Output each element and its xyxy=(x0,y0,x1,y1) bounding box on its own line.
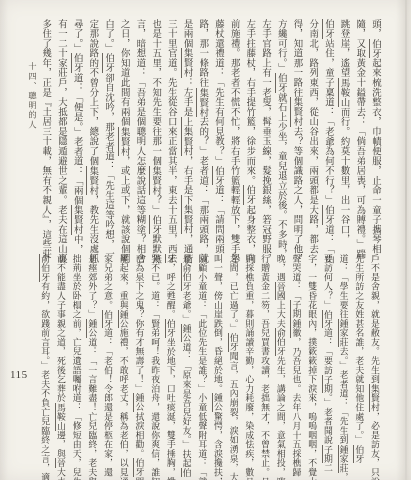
text-column: 則採樵負重，暮則誦讀辛勤，心力耗廢，染成怯疾，數月 xyxy=(241,254,257,472)
proper-noun-mark: 伯牙 xyxy=(212,166,223,186)
proper-noun-mark: 鍾家莊 xyxy=(338,319,349,347)
proper-noun-mark: 鍾公 xyxy=(118,310,129,329)
text-column: 俞伯牙有約，欲踐前言耳。」老夫不負亡兒臨終之言，適 xyxy=(37,254,53,472)
text-column: 三十里官道。先生從谷口來正當其半，東去十五里，西去 xyxy=(162,19,178,255)
proper-noun-mark: 集賢村 xyxy=(369,384,380,412)
proper-noun-mark: 集賢村 xyxy=(118,127,129,156)
text-column: 罷起來，重與鍾公施禮，不敢呼老丈，稱為老伯，以見通 xyxy=(115,254,131,472)
proper-noun-mark: 鍾公 xyxy=(212,393,223,412)
text-column: 隨，又取黃金十鎰帶去：「倘吾弟居喪，可為賻禮。」踹 xyxy=(351,19,367,255)
text-column: 言，暗想道：「吾弟是個聰明人怎麼說話這等糊塗？相會 xyxy=(131,19,147,255)
text-column: 道：「學生要往鍾家莊去。」老者道：「先生到鍾家莊， xyxy=(335,254,351,472)
proper-noun-mark: 鍾公 xyxy=(86,319,97,338)
text-column: 伯牙站住，童子稟道：「老爺為何不行？」伯牙道：「山 xyxy=(319,19,335,255)
proper-noun-mark: 集賢村 xyxy=(86,166,97,195)
text-column: 左手官路上有一老叟，髯垂玉線，髮挽銀絲，箬冠野服， xyxy=(256,19,272,255)
page-number: 115 xyxy=(10,369,28,381)
text-column: 哭不已。道：「賢弟呵！我昨夜泊舟，還說你爽信，誰知 xyxy=(146,254,162,472)
proper-noun-mark: 鍾家莊 xyxy=(338,445,349,473)
proper-noun-mark: 伯牙 xyxy=(243,185,254,205)
proper-noun-mark: 伯牙 xyxy=(369,39,380,59)
text-column: 是瘞郊外了？」鍾公道：「一言難盡！亡兒臨終，老夫與 xyxy=(84,254,100,472)
text-column: 定那說路的不曾分上下，總說了個集賢村，教先生沒處抓 xyxy=(84,19,100,255)
text-register-bottom: 戶不是舍親，就是敝友。先生到集賢村，必是訪友，只說先生所訪之友姓甚名誰，老夫就知… xyxy=(35,254,382,472)
proper-noun-mark: 晉國 xyxy=(275,282,286,301)
proper-noun-mark: 鍾徽 xyxy=(290,319,301,338)
text-column: 要訪何人？」伯牙道：「要訪子期。」老者聞說子期二 xyxy=(319,254,335,472)
page-edge-shadow xyxy=(405,0,407,480)
text-column: 晚，遇晉國上大夫俞伯牙先生，講論之間，意氣相投，臨 xyxy=(272,254,288,472)
text-column: 之日，你知道此間有兩個集賢村，或上或下，就該說個明 xyxy=(115,19,131,255)
text-column: 分南北，路列東西，從山谷出來，兩頭都是大路，都去 xyxy=(303,19,319,255)
text-column: 前不能盡人子事親之道，死後乞葬於馬鞍山邊，與晉大夫 xyxy=(52,254,68,472)
proper-noun-mark: 子期 xyxy=(322,445,333,464)
text-column: 多住了幾年，正是『土居三十載，無有不親人』，這些莊 xyxy=(37,19,53,255)
text-register-top: 頭，伯牙起來梳洗整衣，巾幘便服，止命一童子攜琴相隨，又取黃金十鎰帶去：「倘吾弟居… xyxy=(35,19,382,255)
proper-noun-mark: 下集賢村 xyxy=(181,195,192,234)
text-column: 尋了。」伯牙道：「便是。」老者道：「兩個集賢村中， xyxy=(68,19,84,255)
text-column: 行贈黃金二笏，吾兒買書攻讀，老拙無才，不曾禁止。旦 xyxy=(256,254,272,472)
proper-noun-mark: 馬鞍山 xyxy=(55,403,66,431)
proper-noun-mark: 上集賢村 xyxy=(181,117,192,156)
text-column: 戶不是舍親，就是敝友。先生到集賢村，必是訪友，只說 xyxy=(366,254,382,472)
text-column: 之間，已亡過了。」伯牙聞言，五內崩裂，淚如湧泉，大 xyxy=(225,254,241,472)
proper-noun-mark: 子期 xyxy=(290,300,301,319)
proper-noun-mark: 集賢村 xyxy=(196,88,207,117)
proper-noun-mark: 伯牙 xyxy=(275,73,286,93)
text-column: 得，知道那一路往集賢村去？等個識路之人，問明了他， xyxy=(288,19,304,255)
proper-noun-mark: 伯牙 xyxy=(102,53,113,73)
proper-noun-mark: 俞伯牙 xyxy=(39,254,50,282)
text-column: 已為泉下之鬼？你有才無壽了！」鍾公拭淚相勸。伯牙哭 xyxy=(131,254,147,472)
proper-noun-mark: 伯牙 xyxy=(102,310,113,329)
text-column: 路，那一條路往集賢村去的？」老者道：「那兩頭路，就 xyxy=(194,19,210,255)
chapter-folio-label: 十四、聰明的人 xyxy=(27,62,38,182)
text-column: 先生所訪之友姓甚名誰，老夫就知他住處了。」伯牙 xyxy=(351,254,367,472)
text-column: 家兄弟之意。伯牙道：「老伯！令郎還是停柩在家，還 xyxy=(99,254,115,472)
proper-noun-mark: 伯牙 xyxy=(71,53,82,73)
text-column: 跳登崖，遙望馬鞍山而行。約莫十數里，出一谷口， xyxy=(335,19,351,255)
text-column: 頭，伯牙起來梳洗整衣，巾幘便服，止命一童子攜琴相 xyxy=(366,19,382,255)
proper-noun-mark: 伯牙 xyxy=(353,445,364,464)
proper-noun-mark: 伯牙 xyxy=(149,215,160,235)
text-column: 叫一聲，傍山崖跌倒，昏絕於地。鍾公驚愕，含淚攙扶， xyxy=(209,254,225,472)
proper-noun-mark: 牙 xyxy=(165,254,176,263)
text-column: 也是十五里，不知先生要往那一個集賢村？」伯牙默默無 xyxy=(146,19,162,255)
text-column: 是俞伯牙老爺。」鍾公道：「原來是吾兒好友。」扶起伯 xyxy=(178,254,194,472)
proper-noun-mark: 伯牙 xyxy=(322,310,333,329)
proper-noun-mark: 子期 xyxy=(322,375,333,394)
proper-noun-mark: 馬鞍山 xyxy=(338,78,349,107)
text-column: 回顧小童道：「此位先生是誰？」小童低聲附耳道：「就 xyxy=(194,254,210,472)
proper-noun-mark: 俞伯牙 xyxy=(181,263,192,291)
proper-noun-mark: 伯牙 xyxy=(322,205,333,225)
proper-noun-mark: 伯 xyxy=(181,468,192,477)
proper-noun-mark: 伯牙 xyxy=(322,19,333,39)
proper-noun-mark: 鍾公 xyxy=(181,324,192,343)
text-column: 前施禮。那老者不慌不忙，將右手竹籃輕輕放下，雙手舉 xyxy=(225,19,241,255)
text-column: 字，一雙昏花眼內，撲簌簌掉下淚來，嗚嗚咽咽，不覺大 xyxy=(303,254,319,472)
book-page-scan: 頭，伯牙起來梳洗整衣，巾幘便服，止命一童子攜琴相隨，又取黃金十鎰帶去：「倘吾弟居… xyxy=(0,0,411,480)
text-column: 白了。」伯牙卻自沈吟，那老者道：「先生這等吟想，一 xyxy=(99,19,115,255)
text-column: 左手拄藤杖，右手提竹籃，徐步而來。伯牙起身整衣，向 xyxy=(241,19,257,255)
proper-noun-mark: 俞伯牙 xyxy=(275,328,286,356)
proper-noun-mark: 伯牙 xyxy=(228,333,239,352)
text-column: 藤杖還禮道：「先生有何見教？」伯牙道：「請問兩頭 xyxy=(209,19,225,255)
proper-noun-mark: 伯牙 xyxy=(133,458,144,477)
text-column: 拙荊坐於卧榻之前，亡兒遺語囑咐道：「修短由天，兒生 xyxy=(68,254,84,472)
proper-noun-mark: 集賢村 xyxy=(71,205,82,234)
proper-noun-mark: 集賢村 xyxy=(181,48,192,77)
text-column: 牙，呼之甦醒。伯牙坐於地下，口吐痰涎，雙手捶胸，慟 xyxy=(162,254,178,472)
proper-noun-mark: 伯牙 xyxy=(165,319,176,338)
text-column: 聲哭道：「子期鍾徽，乃吾兒也。去年八月十五採樵歸 xyxy=(288,254,304,472)
text-column: 有一二十家莊戶，大抵都是隱遁避世之輩。老夫在這山裏 xyxy=(52,19,68,255)
proper-noun-mark: 集賢村 xyxy=(290,97,301,126)
proper-noun-mark: 鍾公 xyxy=(133,393,144,412)
text-column: 方纔可行。」伯牙就石上少坐，童兒退立於後。不多時， xyxy=(272,19,288,255)
proper-noun-mark: 晉 xyxy=(55,458,66,467)
text-column: 是兩個集賢村：左手是上集賢村，右手是下集賢村，通衢 xyxy=(178,19,194,255)
proper-noun-mark: 集賢村 xyxy=(149,166,160,195)
